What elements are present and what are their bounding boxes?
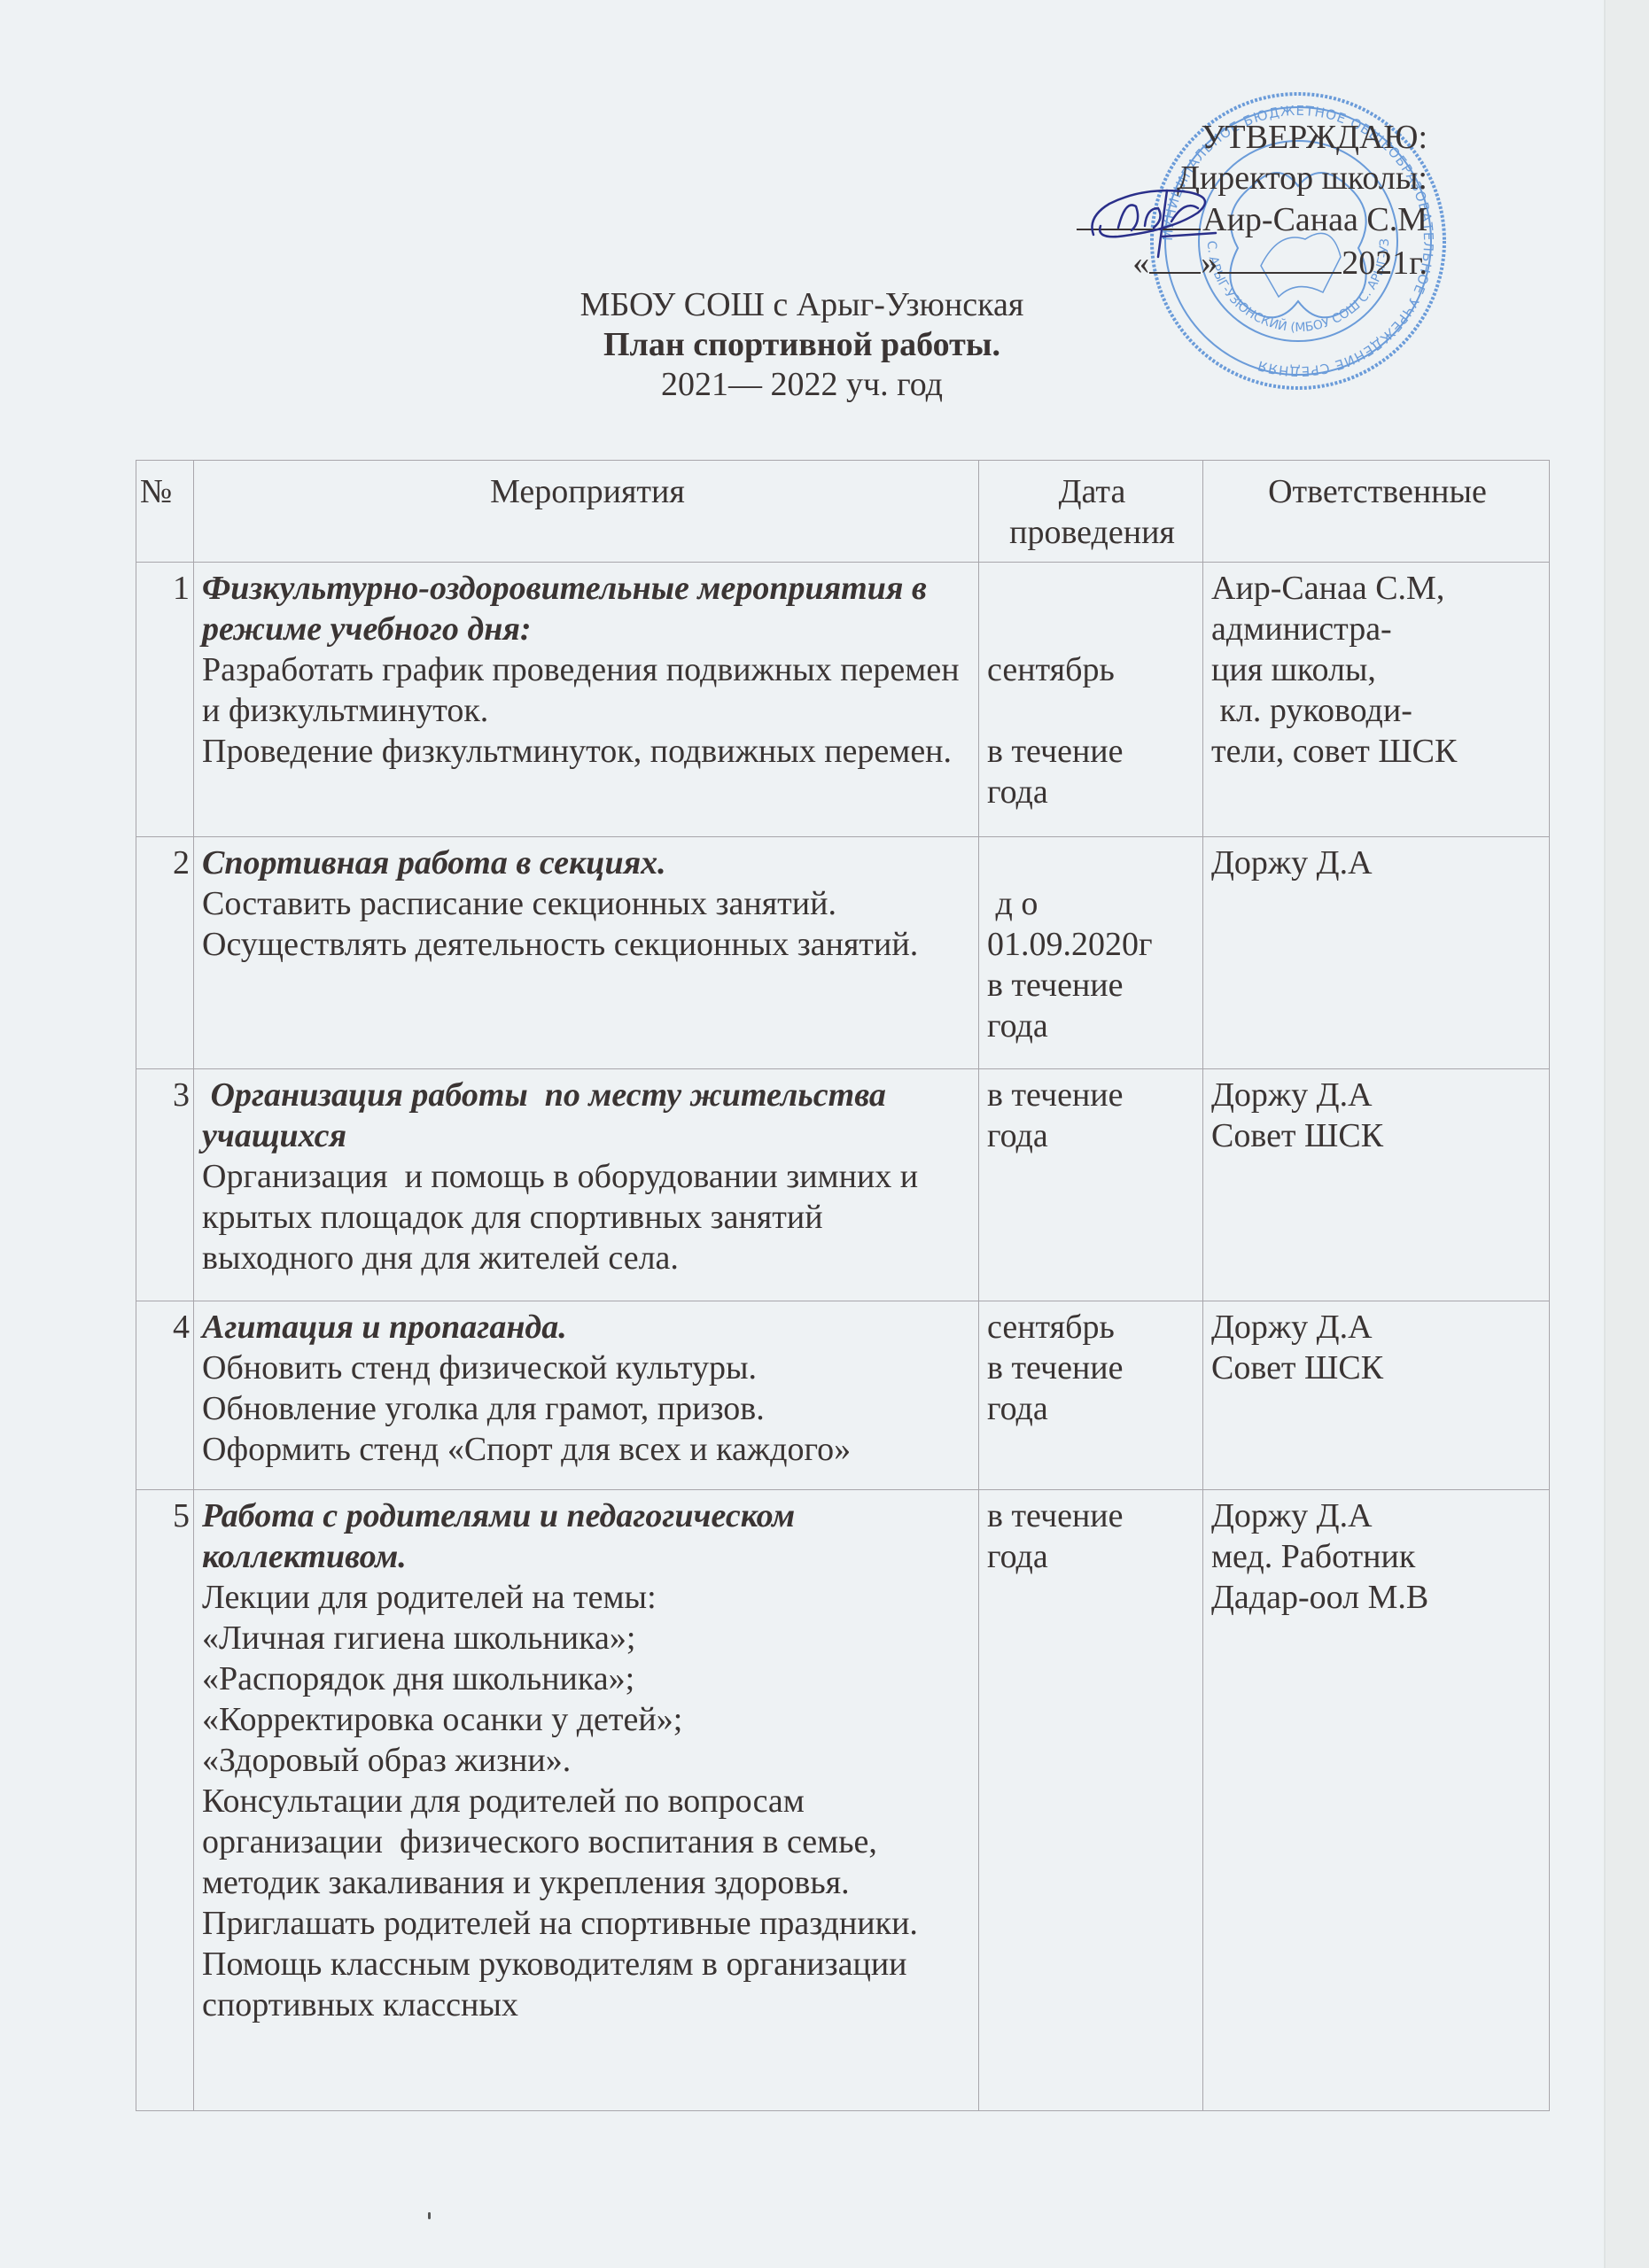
date-cell: сентябрьв течениегода xyxy=(979,1301,1203,1490)
date-line: в течение xyxy=(987,1075,1197,1115)
date-line: сентябрь xyxy=(987,649,1197,690)
responsible-cell: Доржу Д.А xyxy=(1203,837,1550,1069)
event-line: Составить расписание секционных занятий. xyxy=(202,883,973,924)
responsible-line: тели, совет ШСК xyxy=(1211,731,1544,772)
event-line: Организация и помощь в оборудовании зимн… xyxy=(202,1156,973,1278)
responsible-cell: Аир-Санаа С.М,администра-ция школы, кл. … xyxy=(1203,563,1550,837)
responsible-line: мед. Работник xyxy=(1211,1536,1544,1577)
event-heading: Агитация и пропаганда. xyxy=(202,1307,973,1348)
event-cell: Спортивная работа в секциях.Составить ра… xyxy=(194,837,979,1069)
date-line: в течение xyxy=(987,1348,1197,1388)
row-number: 2 xyxy=(136,837,194,1069)
event-line: Обновление уголка для грамот, призов. xyxy=(202,1388,973,1429)
table-header-row: № Мероприятия Дата проведения Ответствен… xyxy=(136,461,1550,563)
event-line: Оформить стенд «Спорт для всех и каждого… xyxy=(202,1429,973,1470)
column-header-responsible: Ответственные xyxy=(1203,461,1550,563)
event-heading: Спортивная работа в секциях. xyxy=(202,843,973,883)
plan-title: План спортивной работы. xyxy=(0,325,1604,365)
event-cell: Организация работы по месту жительства у… xyxy=(194,1069,979,1301)
event-line: «Распорядок дня школьника»; xyxy=(202,1658,973,1699)
date-line: в течение xyxy=(987,965,1197,1006)
column-header-date: Дата проведения xyxy=(979,461,1203,563)
event-cell: Физкультурно-оздоровительные мероприятия… xyxy=(194,563,979,837)
date-line: сентябрь xyxy=(987,1307,1197,1348)
responsible-line: Доржу Д.А xyxy=(1211,1307,1544,1348)
responsible-line: Доржу Д.А xyxy=(1211,1075,1544,1115)
event-line: Разработать график проведения подвижных … xyxy=(202,649,973,731)
director-name: Аир-Санаа С.М xyxy=(1202,201,1427,238)
date-line xyxy=(987,690,1197,731)
row-number: 3 xyxy=(136,1069,194,1301)
event-line: «Корректировка осанки у детей»; xyxy=(202,1699,973,1740)
document-title-block: МБОУ СОШ с Арыг-Узюнская План спортивной… xyxy=(0,285,1604,405)
document-page: МУНИЦИПАЛЬНОЕ БЮДЖЕТНОЕ ОБЩЕОБРАЗОВАТЕЛЬ… xyxy=(0,0,1606,2268)
date-line xyxy=(987,568,1197,609)
event-line: Консультации для родителей по вопросам о… xyxy=(202,1781,973,1903)
approval-title: УТВЕРЖДАЮ: xyxy=(1077,117,1427,158)
date-cell: сентябрьв течениегода xyxy=(979,563,1203,837)
date-line: в течение xyxy=(987,731,1197,772)
date-cell: в течениегода xyxy=(979,1069,1203,1301)
responsible-line: администра- xyxy=(1211,609,1544,649)
date-cell: в течениегода xyxy=(979,1490,1203,2111)
school-name: МБОУ СОШ с Арыг-Узюнская xyxy=(0,285,1604,325)
responsible-cell: Доржу Д.АСовет ШСК xyxy=(1203,1069,1550,1301)
date-line: года xyxy=(987,1115,1197,1156)
event-line: Лекции для родителей на темы: xyxy=(202,1577,973,1618)
date-line xyxy=(987,609,1197,649)
date-line: года xyxy=(987,1388,1197,1429)
row-number: 5 xyxy=(136,1490,194,2111)
date-line: д о xyxy=(987,883,1197,924)
event-line: Помощь классным руководителям в организа… xyxy=(202,1944,973,2025)
responsible-cell: Доржу Д.АСовет ШСК xyxy=(1203,1301,1550,1490)
responsible-line: кл. руководи- xyxy=(1211,690,1544,731)
sport-plan-table: № Мероприятия Дата проведения Ответствен… xyxy=(136,460,1550,2111)
date-cell: д о01.09.2020гв течениегода xyxy=(979,837,1203,1069)
date-line: года xyxy=(987,1536,1197,1577)
responsible-line: Совет ШСК xyxy=(1211,1348,1544,1388)
event-heading: Работа с родителями и педагогическом кол… xyxy=(202,1495,973,1577)
month-blank xyxy=(1217,240,1342,274)
event-line: Осуществлять деятельность секционных зан… xyxy=(202,924,973,965)
event-line: Обновить стенд физической культуры. xyxy=(202,1348,973,1388)
responsible-line: ция школы, xyxy=(1211,649,1544,690)
event-cell: Работа с родителями и педагогическом кол… xyxy=(194,1490,979,2111)
director-signature-icon xyxy=(1083,182,1233,261)
date-line: года xyxy=(987,772,1197,812)
table-row: 4Агитация и пропаганда.Обновить стенд фи… xyxy=(136,1301,1550,1490)
scan-speck xyxy=(428,2212,431,2219)
date-line: в течение xyxy=(987,1495,1197,1536)
event-heading: Физкультурно-оздоровительные мероприятия… xyxy=(202,568,973,649)
table-row: 2Спортивная работа в секциях.Составить р… xyxy=(136,837,1550,1069)
responsible-cell: Доржу Д.Амед. РаботникДадар-оол М.В xyxy=(1203,1490,1550,2111)
event-line: «Здоровый образ жизни». xyxy=(202,1740,973,1781)
approval-year: 2021г. xyxy=(1342,245,1427,282)
event-line: Приглашать родителей на спортивные празд… xyxy=(202,1903,973,1944)
responsible-line: Аир-Санаа С.М, xyxy=(1211,568,1544,609)
event-heading: Организация работы по месту жительства у… xyxy=(202,1075,973,1156)
table-row: 3 Организация работы по месту жительства… xyxy=(136,1069,1550,1301)
responsible-line: Доржу Д.А xyxy=(1211,843,1544,883)
row-number: 4 xyxy=(136,1301,194,1490)
table-row: 1Физкультурно-оздоровительные мероприяти… xyxy=(136,563,1550,837)
event-line: «Личная гигиена школьника»; xyxy=(202,1618,973,1658)
date-line: 01.09.2020г xyxy=(987,924,1197,965)
responsible-line: Дадар-оол М.В xyxy=(1211,1577,1544,1618)
column-header-number: № xyxy=(136,461,194,563)
table-row: 5Работа с родителями и педагогическом ко… xyxy=(136,1490,1550,2111)
event-line: Проведение физкультминуток, подвижных пе… xyxy=(202,731,973,772)
event-cell: Агитация и пропаганда.Обновить стенд физ… xyxy=(194,1301,979,1490)
date-line: года xyxy=(987,1006,1197,1046)
responsible-line: Доржу Д.А xyxy=(1211,1495,1544,1536)
school-year: 2021— 2022 уч. год xyxy=(0,365,1604,405)
date-line xyxy=(987,843,1197,883)
column-header-events: Мероприятия xyxy=(194,461,979,563)
row-number: 1 xyxy=(136,563,194,837)
responsible-line: Совет ШСК xyxy=(1211,1115,1544,1156)
